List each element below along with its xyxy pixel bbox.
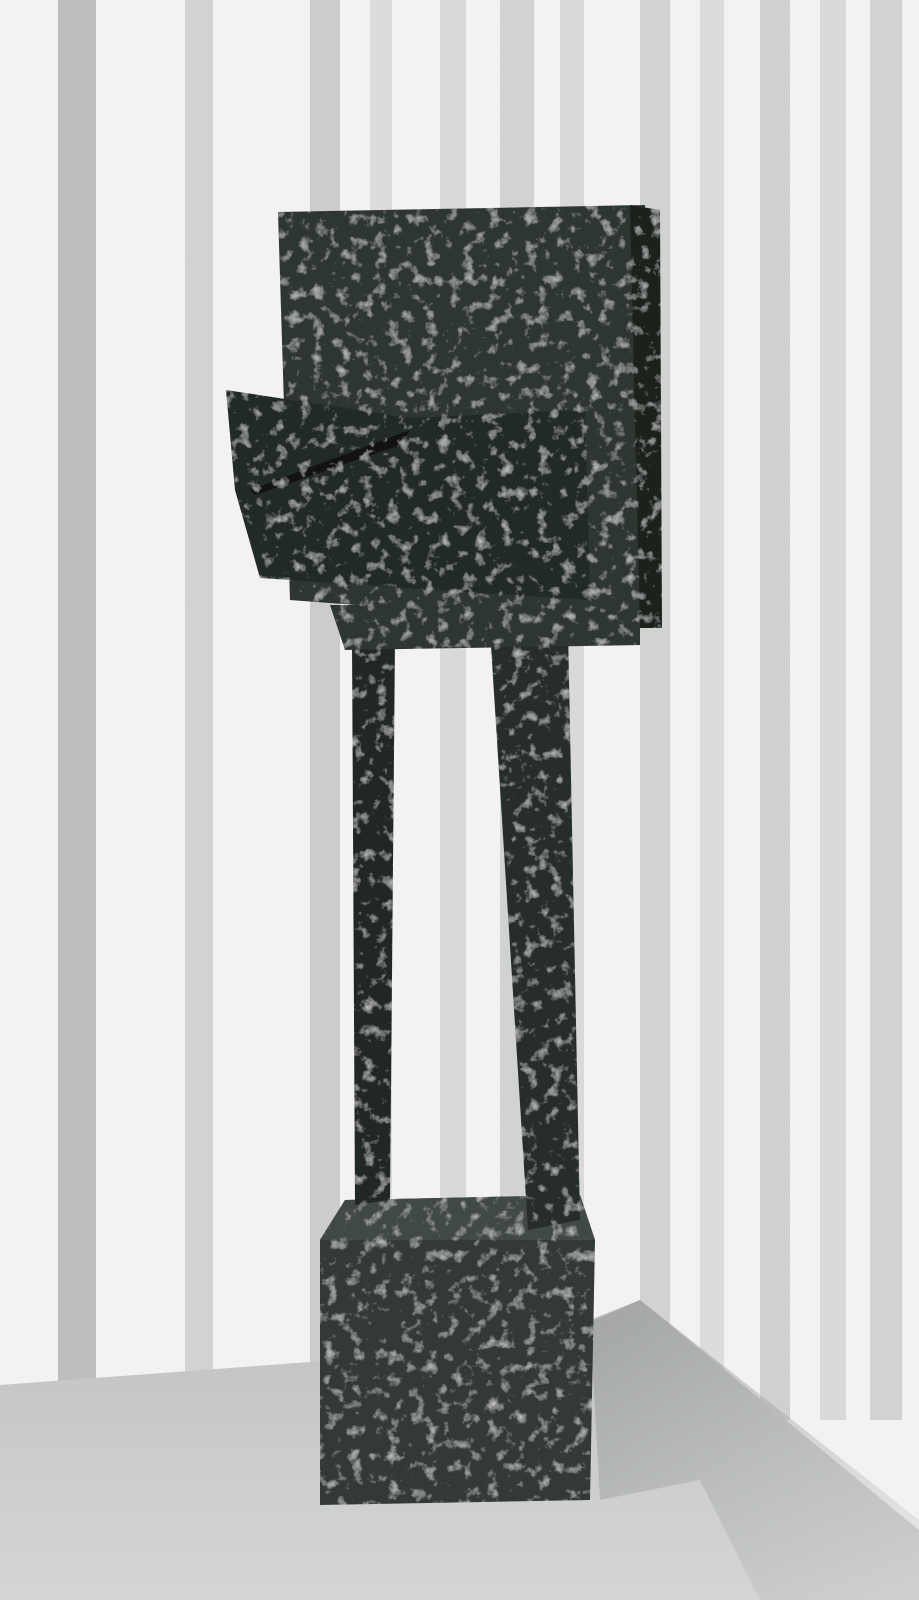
sculpture-photo (0, 0, 919, 1600)
photograph (0, 0, 919, 1600)
